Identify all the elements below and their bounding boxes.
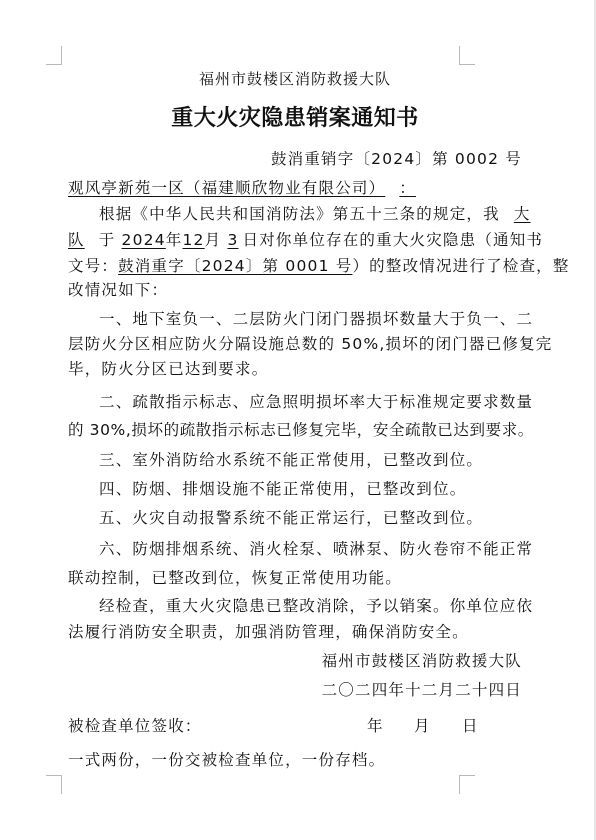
- recipient-name: 观风亭新苑一区（福建顺欣物业有限公司）：: [68, 179, 430, 197]
- year-field: 2024: [122, 231, 166, 249]
- item-2-line-2: 的 30%,损坏的疏散指示标志已修复完毕，安全疏散已达到要求。: [68, 420, 522, 440]
- item-3: 三、室外消防给水系统不能正常使用，已整改到位。: [68, 450, 522, 470]
- receipt-day-label: 日: [462, 716, 479, 736]
- receipt-line: 被检查单位签收： 年 月 日: [68, 716, 522, 736]
- conclusion-line-2: 法履行消防安全职责，加强消防管理，确保消防安全。: [68, 622, 522, 642]
- item-6-line-2: 联动控制，已整改到位，恢复正常使用功能。: [68, 568, 522, 588]
- margin-corner-mark: [459, 46, 475, 65]
- day-field: 3: [227, 231, 242, 249]
- item-2-line-1: 二、疏散指示标志、应急照明损坏率大于标准规定要求数量: [68, 392, 522, 412]
- unit-field-cont: 队: [68, 231, 99, 249]
- signature-organization: 福州市鼓楼区消防救援大队: [68, 651, 522, 671]
- item-6-line-1: 六、防烟排烟系统、消火栓泵、喷淋泵、防火卷帘不能正常: [68, 539, 522, 559]
- item-5: 五、火灾自动报警系统不能正常运行，已整改到位。: [68, 508, 522, 528]
- document-page: 福州市鼓楼区消防救援大队 重大火灾隐患销案通知书 鼓消重销字〔2024〕第 00…: [0, 0, 594, 840]
- margin-corner-mark: [46, 46, 62, 65]
- issuing-organization: 福州市鼓楼区消防救援大队: [68, 69, 522, 89]
- document-number: 鼓消重销字〔2024〕第 0002 号: [68, 149, 522, 169]
- intro-line-1: 根据《中华人民共和国消防法》第五十三条的规定，我大: [68, 204, 522, 224]
- item-1-line-3: 毕，防火分区已达到要求。: [68, 359, 522, 379]
- intro-line-4: 改情况如下：: [68, 280, 522, 300]
- referenced-doc-number: 鼓消重字〔2024〕第 0001 号: [118, 257, 352, 275]
- margin-corner-mark: [459, 775, 475, 794]
- receipt-label: 被检查单位签收：: [68, 717, 202, 735]
- item-1-line-2: 层防火分区相应防火分隔设施总数的 50%,损坏的闭门器已修复完: [68, 334, 522, 354]
- receipt-month-label: 月: [414, 716, 431, 736]
- intro-line-3: 文号：鼓消重字〔2024〕第 0001 号）的整改情况进行了检查，整: [68, 256, 522, 276]
- unit-field: 大: [500, 205, 531, 223]
- page-title: 重大火灾隐患销案通知书: [68, 105, 522, 131]
- recipient-line: 观风亭新苑一区（福建顺欣物业有限公司）：: [68, 178, 522, 198]
- item-1-line-1: 一、地下室负一、二层防火门闭门器损坏数量大于负一、二: [68, 309, 522, 329]
- intro-line-2: 队于 2024年12月 3日对你单位存在的重大火灾隐患（通知书: [68, 230, 522, 250]
- receipt-year-label: 年: [367, 716, 384, 736]
- signature-date: 二〇二四年十二月二十四日: [68, 680, 522, 700]
- copies-note: 一式两份，一份交被检查单位，一份存档。: [68, 750, 522, 770]
- item-4: 四、防烟、排烟设施不能正常使用，已整改到位。: [68, 479, 522, 499]
- margin-corner-mark: [46, 775, 62, 794]
- month-field: 12: [183, 231, 205, 249]
- conclusion-line-1: 经检查，重大火灾隐患已整改消除，予以销案。你单位应依: [68, 596, 522, 616]
